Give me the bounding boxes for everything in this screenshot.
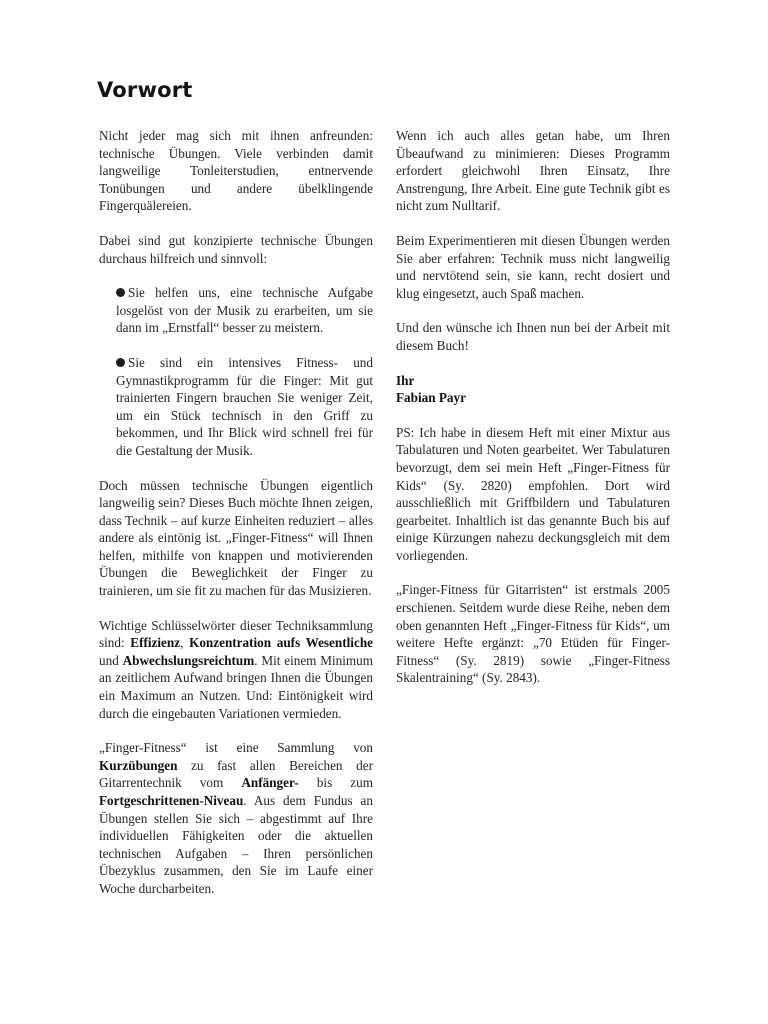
keyword-anfaenger: Anfänger- xyxy=(241,775,298,790)
bullet-item-2: Sie sind ein intensives Fitness- und Gym… xyxy=(116,354,373,460)
paragraph-reihe: „Finger-Fitness für Gitarristen“ ist ers… xyxy=(396,581,670,687)
bullet-icon xyxy=(116,358,125,367)
paragraph-experimentieren: Beim Experimentieren mit diesen Übungen … xyxy=(396,232,670,302)
keyword-kurzuebungen: Kurzübungen xyxy=(99,758,177,773)
keyword-abwechslung: Abwechslungsreichtum xyxy=(123,653,255,668)
bullet-item-1: Sie helfen uns, eine technische Aufgabe … xyxy=(116,284,373,337)
paragraph-dabei: Dabei sind gut konzipierte technische Üb… xyxy=(99,232,373,267)
paragraph-sammlung: „Finger-Fitness“ ist eine Sammlung von K… xyxy=(99,739,373,897)
keyword-effizienz: Effizienz xyxy=(130,635,180,650)
keyword-fortgeschrittene: Fortgeschrittenen-Niveau xyxy=(99,793,243,808)
paragraph-ps: PS: Ich habe in diesem Heft mit einer Mi… xyxy=(396,424,670,565)
paragraph-doch: Doch müssen technische Übungen eigentlic… xyxy=(99,477,373,600)
signature: IhrFabian Payr xyxy=(396,372,670,407)
paragraph-schluesselwoerter: Wichtige Schlüsselwörter dieser Techniks… xyxy=(99,617,373,723)
page-title: Vorwort xyxy=(97,78,193,102)
bullet-icon xyxy=(116,288,125,297)
keyword-konzentration: Konzentration aufs Wesentliche xyxy=(189,635,373,650)
paragraph-uebeaufwand: Wenn ich auch alles getan habe, um Ihren… xyxy=(396,127,670,215)
paragraph-wunsch: Und den wünsche ich Ihnen nun bei der Ar… xyxy=(396,319,670,354)
right-column: Wenn ich auch alles getan habe, um Ihren… xyxy=(396,127,670,704)
paragraph-intro: Nicht jeder mag sich mit ihnen anfreunde… xyxy=(99,127,373,215)
left-column: Nicht jeder mag sich mit ihnen anfreunde… xyxy=(99,127,373,915)
author-name: Fabian Payr xyxy=(396,389,670,407)
